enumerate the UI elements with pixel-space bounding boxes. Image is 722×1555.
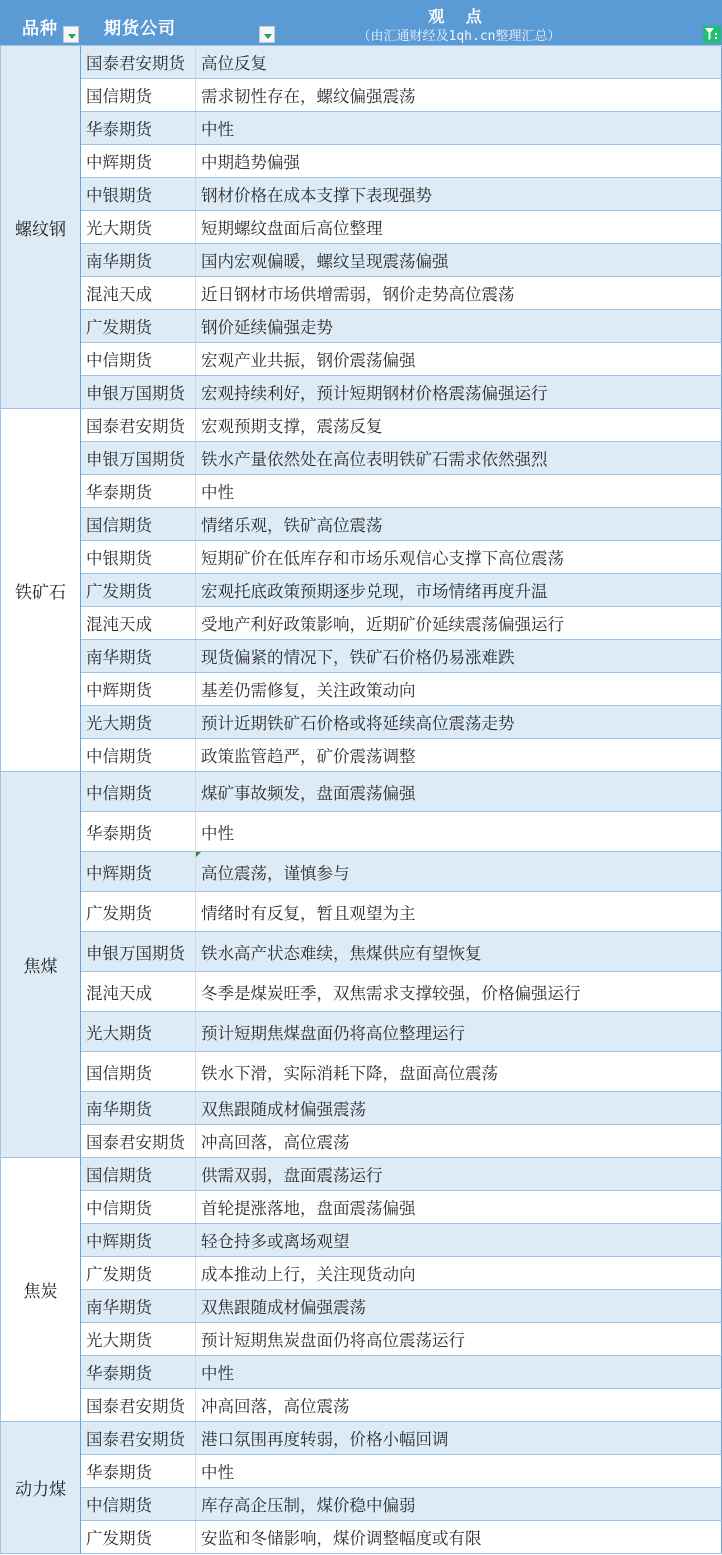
section-3: 焦炭国信期货供需双弱，盘面震荡运行中信期货首轮提涨落地，盘面震荡偏强中辉期货轻仓… [0, 1158, 722, 1422]
view-text: 宏观预期支撑，震荡反复 [201, 413, 383, 437]
header-view-title: 观 点 [196, 4, 722, 27]
table-row: 广发期货钢价延续偏强走势 [81, 310, 722, 343]
view-text: 需求韧性存在，螺纹偏强震荡 [201, 83, 416, 107]
table-row: 国信期货供需双弱，盘面震荡运行 [81, 1158, 722, 1191]
table-row: 华泰期货中性 [81, 812, 722, 852]
company-cell[interactable]: 中信期货 [81, 343, 196, 375]
view-cell[interactable]: 煤矿事故频发，盘面震荡偏强 [196, 772, 722, 811]
table-row: 中辉期货轻仓持多或离场观望 [81, 1224, 722, 1257]
company-cell[interactable]: 国信期货 [81, 1158, 196, 1190]
company-cell[interactable]: 申银万国期货 [81, 442, 196, 474]
section-rows: 中信期货煤矿事故频发，盘面震荡偏强华泰期货中性中辉期货高位震荡，谨慎参与广发期货… [81, 772, 722, 1158]
table-row: 中辉期货基差仍需修复，关注政策动向 [81, 673, 722, 706]
view-cell[interactable]: 钢价延续偏强走势 [196, 310, 722, 342]
view-text: 钢材价格在成本支撑下表现强势 [201, 182, 432, 206]
header-category-label: 品种 [22, 14, 58, 39]
table-row: 中信期货宏观产业共振，钢价震荡偏强 [81, 343, 722, 376]
company-cell[interactable]: 广发期货 [81, 1521, 196, 1553]
view-cell[interactable]: 高位震荡，谨慎参与 [196, 852, 722, 891]
company-cell[interactable]: 中辉期货 [81, 673, 196, 705]
filter-active-icon[interactable] [703, 26, 721, 43]
company-cell[interactable]: 国泰君安期货 [81, 409, 196, 441]
view-text: 近日钢材市场供增需弱，钢价走势高位震荡 [201, 281, 515, 305]
section-2: 焦煤中信期货煤矿事故频发，盘面震荡偏强华泰期货中性中辉期货高位震荡，谨慎参与广发… [0, 772, 722, 1158]
company-cell[interactable]: 中信期货 [81, 772, 196, 811]
view-text: 宏观持续利好，预计短期钢材价格震荡偏强运行 [201, 380, 548, 404]
section-rows: 国泰君安期货港口氛围再度转弱，价格小幅回调华泰期货中性中信期货库存高企压制，煤价… [81, 1422, 722, 1554]
view-text: 冬季是煤炭旺季，双焦需求支撑较强，价格偏强运行 [201, 980, 581, 1004]
view-cell[interactable]: 受地产利好政策影响，近期矿价延续震荡偏强运行 [196, 607, 722, 639]
company-cell[interactable]: 混沌天成 [81, 972, 196, 1011]
view-cell[interactable]: 冲高回落，高位震荡 [196, 1125, 722, 1157]
company-cell[interactable]: 光大期货 [81, 1323, 196, 1355]
table-row: 华泰期货中性 [81, 1455, 722, 1488]
view-cell[interactable]: 近日钢材市场供增需弱，钢价走势高位震荡 [196, 277, 722, 309]
view-text: 铁水高产状态难续，焦煤供应有望恢复 [201, 940, 482, 964]
view-text: 预计短期焦炭盘面仍将高位震荡运行 [201, 1327, 465, 1351]
view-text: 中性 [201, 116, 234, 140]
view-text: 国内宏观偏暖，螺纹呈现震荡偏强 [201, 248, 449, 272]
view-text: 煤矿事故频发，盘面震荡偏强 [201, 780, 416, 804]
table-row: 国信期货情绪乐观，铁矿高位震荡 [81, 508, 722, 541]
category-filter-dropdown-icon[interactable] [63, 26, 79, 43]
view-cell[interactable]: 短期螺纹盘面后高位整理 [196, 211, 722, 243]
company-cell[interactable]: 混沌天成 [81, 607, 196, 639]
header-company-cell: 期货公司 [81, 0, 196, 46]
table-row: 申银万国期货铁水高产状态难续，焦煤供应有望恢复 [81, 932, 722, 972]
table-row: 混沌天成冬季是煤炭旺季，双焦需求支撑较强，价格偏强运行 [81, 972, 722, 1012]
view-cell[interactable]: 钢材价格在成本支撑下表现强势 [196, 178, 722, 210]
table-row: 广发期货成本推动上行，关注现货动向 [81, 1257, 722, 1290]
category-cell[interactable]: 铁矿石 [0, 409, 81, 772]
view-cell[interactable]: 预计短期焦煤盘面仍将高位整理运行 [196, 1012, 722, 1051]
view-text: 首轮提涨落地，盘面震荡偏强 [201, 1195, 416, 1219]
view-cell[interactable]: 双焦跟随成材偏强震荡 [196, 1290, 722, 1322]
table-row: 光大期货短期螺纹盘面后高位整理 [81, 211, 722, 244]
category-cell[interactable]: 焦煤 [0, 772, 81, 1158]
table-row: 国泰君安期货冲高回落，高位震荡 [81, 1389, 722, 1422]
table-header: 品种 期货公司 观 点 （由汇通财经及1qh.cn整理汇总） [0, 0, 722, 46]
view-cell[interactable]: 中性 [196, 812, 722, 851]
view-cell[interactable]: 宏观产业共振，钢价震荡偏强 [196, 343, 722, 375]
view-text: 政策监管趋严，矿价震荡调整 [201, 743, 416, 767]
table-row: 光大期货预计短期焦煤盘面仍将高位整理运行 [81, 1012, 722, 1052]
company-cell[interactable]: 中信期货 [81, 739, 196, 771]
view-text: 双焦跟随成材偏强震荡 [201, 1096, 366, 1120]
category-cell[interactable]: 螺纹钢 [0, 46, 81, 409]
view-cell[interactable]: 轻仓持多或离场观望 [196, 1224, 722, 1256]
view-text: 中性 [201, 479, 234, 503]
view-text: 宏观产业共振，钢价震荡偏强 [201, 347, 416, 371]
view-cell[interactable]: 情绪时有反复，暂且观望为主 [196, 892, 722, 931]
table-row: 南华期货双焦跟随成材偏强震荡 [81, 1290, 722, 1323]
company-cell[interactable]: 中银期货 [81, 541, 196, 573]
view-cell[interactable]: 成本推动上行，关注现货动向 [196, 1257, 722, 1289]
company-cell[interactable]: 华泰期货 [81, 475, 196, 507]
view-cell[interactable]: 冬季是煤炭旺季，双焦需求支撑较强，价格偏强运行 [196, 972, 722, 1011]
table-row: 华泰期货中性 [81, 475, 722, 508]
company-cell[interactable]: 华泰期货 [81, 1356, 196, 1388]
table-row: 华泰期货中性 [81, 112, 722, 145]
company-cell[interactable]: 国泰君安期货 [81, 46, 196, 78]
view-text: 供需双弱，盘面震荡运行 [201, 1162, 383, 1186]
table-row: 中信期货首轮提涨落地，盘面震荡偏强 [81, 1191, 722, 1224]
company-cell[interactable]: 广发期货 [81, 1257, 196, 1289]
view-cell[interactable]: 宏观托底政策预期逐步兑现，市场情绪再度升温 [196, 574, 722, 606]
view-cell[interactable]: 安监和冬储影响，煤价调整幅度或有限 [196, 1521, 722, 1553]
view-cell[interactable]: 基差仍需修复，关注政策动向 [196, 673, 722, 705]
company-cell[interactable]: 国泰君安期货 [81, 1389, 196, 1421]
view-text: 钢价延续偏强走势 [201, 314, 333, 338]
view-text: 成本推动上行，关注现货动向 [201, 1261, 416, 1285]
view-cell[interactable]: 中性 [196, 475, 722, 507]
view-cell[interactable]: 中期趋势偏强 [196, 145, 722, 177]
view-cell[interactable]: 铁水下滑，实际消耗下降，盘面高位震荡 [196, 1052, 722, 1091]
view-text: 基差仍需修复，关注政策动向 [201, 677, 416, 701]
company-cell[interactable]: 南华期货 [81, 1290, 196, 1322]
section-rows: 国信期货供需双弱，盘面震荡运行中信期货首轮提涨落地，盘面震荡偏强中辉期货轻仓持多… [81, 1158, 722, 1422]
view-text: 现货偏紧的情况下，铁矿石价格仍易涨难跌 [201, 644, 515, 668]
company-cell[interactable]: 中辉期货 [81, 852, 196, 891]
view-text: 铁水下滑，实际消耗下降，盘面高位震荡 [201, 1060, 498, 1084]
section-0: 螺纹钢国泰君安期货高位反复国信期货需求韧性存在，螺纹偏强震荡华泰期货中性中辉期货… [0, 46, 722, 409]
view-text: 铁水产量依然处在高位表明铁矿石需求依然强烈 [201, 446, 548, 470]
view-cell[interactable]: 短期矿价在低库存和市场乐观信心支撑下高位震荡 [196, 541, 722, 573]
view-cell[interactable]: 宏观预期支撑，震荡反复 [196, 409, 722, 441]
view-text: 短期螺纹盘面后高位整理 [201, 215, 383, 239]
view-cell[interactable]: 铁水产量依然处在高位表明铁矿石需求依然强烈 [196, 442, 722, 474]
company-cell[interactable]: 华泰期货 [81, 812, 196, 851]
table-row: 国泰君安期货港口氛围再度转弱，价格小幅回调 [81, 1422, 722, 1455]
view-text: 冲高回落，高位震荡 [201, 1129, 350, 1153]
section-rows: 国泰君安期货高位反复国信期货需求韧性存在，螺纹偏强震荡华泰期货中性中辉期货中期趋… [81, 46, 722, 409]
header-company-label: 期货公司 [104, 14, 176, 39]
company-cell[interactable]: 中信期货 [81, 1191, 196, 1223]
company-cell[interactable]: 混沌天成 [81, 277, 196, 309]
view-text: 中期趋势偏强 [201, 149, 300, 173]
view-cell[interactable]: 中性 [196, 1455, 722, 1487]
company-cell[interactable]: 中辉期货 [81, 145, 196, 177]
view-text: 短期矿价在低库存和市场乐观信心支撑下高位震荡 [201, 545, 564, 569]
view-cell[interactable]: 情绪乐观，铁矿高位震荡 [196, 508, 722, 540]
table-row: 南华期货现货偏紧的情况下，铁矿石价格仍易涨难跌 [81, 640, 722, 673]
view-text: 冲高回落，高位震荡 [201, 1393, 350, 1417]
view-cell[interactable]: 预计近期铁矿石价格或将延续高位震荡走势 [196, 706, 722, 738]
view-text: 库存高企压制，煤价稳中偏弱 [201, 1492, 416, 1516]
company-cell[interactable]: 国泰君安期货 [81, 1422, 196, 1454]
company-cell[interactable]: 光大期货 [81, 706, 196, 738]
company-cell[interactable]: 国泰君安期货 [81, 1125, 196, 1157]
view-text: 轻仓持多或离场观望 [201, 1228, 350, 1252]
table-row: 广发期货宏观托底政策预期逐步兑现，市场情绪再度升温 [81, 574, 722, 607]
table-row: 申银万国期货宏观持续利好，预计短期钢材价格震荡偏强运行 [81, 376, 722, 409]
view-cell[interactable]: 冲高回落，高位震荡 [196, 1389, 722, 1421]
company-cell[interactable]: 华泰期货 [81, 1455, 196, 1487]
table-row: 混沌天成受地产利好政策影响，近期矿价延续震荡偏强运行 [81, 607, 722, 640]
company-cell[interactable]: 南华期货 [81, 244, 196, 276]
table-row: 混沌天成近日钢材市场供增需弱，钢价走势高位震荡 [81, 277, 722, 310]
view-text: 情绪时有反复，暂且观望为主 [201, 900, 416, 924]
table-row: 国泰君安期货宏观预期支撑，震荡反复 [81, 409, 722, 442]
view-cell[interactable]: 供需双弱，盘面震荡运行 [196, 1158, 722, 1190]
company-cell[interactable]: 中辉期货 [81, 1224, 196, 1256]
view-cell[interactable]: 预计短期焦炭盘面仍将高位震荡运行 [196, 1323, 722, 1355]
view-cell[interactable]: 中性 [196, 112, 722, 144]
view-cell[interactable]: 港口氛围再度转弱，价格小幅回调 [196, 1422, 722, 1454]
view-cell[interactable]: 现货偏紧的情况下，铁矿石价格仍易涨难跌 [196, 640, 722, 672]
company-cell[interactable]: 广发期货 [81, 892, 196, 931]
table-row: 中信期货政策监管趋严，矿价震荡调整 [81, 739, 722, 772]
table-row: 国信期货铁水下滑，实际消耗下降，盘面高位震荡 [81, 1052, 722, 1092]
view-text: 预计短期焦煤盘面仍将高位整理运行 [201, 1020, 465, 1044]
header-view-subtitle: （由汇通财经及1qh.cn整理汇总） [196, 25, 722, 44]
view-cell[interactable]: 中性 [196, 1356, 722, 1388]
table-row: 中信期货库存高企压制，煤价稳中偏弱 [81, 1488, 722, 1521]
view-text: 安监和冬储影响，煤价调整幅度或有限 [201, 1525, 482, 1549]
view-cell[interactable]: 首轮提涨落地，盘面震荡偏强 [196, 1191, 722, 1223]
table-row: 中信期货煤矿事故频发，盘面震荡偏强 [81, 772, 722, 812]
view-cell[interactable]: 需求韧性存在，螺纹偏强震荡 [196, 79, 722, 111]
table-row: 国信期货需求韧性存在，螺纹偏强震荡 [81, 79, 722, 112]
view-text: 预计近期铁矿石价格或将延续高位震荡走势 [201, 710, 515, 734]
view-cell[interactable]: 政策监管趋严，矿价震荡调整 [196, 739, 722, 771]
view-text: 高位震荡，谨慎参与 [201, 860, 350, 884]
category-cell[interactable]: 焦炭 [0, 1158, 81, 1422]
view-text: 高位反复 [201, 50, 267, 74]
view-text: 港口氛围再度转弱，价格小幅回调 [201, 1426, 449, 1450]
header-view-cell: 观 点 （由汇通财经及1qh.cn整理汇总） [196, 0, 722, 46]
company-cell[interactable]: 南华期货 [81, 1092, 196, 1124]
section-1: 铁矿石国泰君安期货宏观预期支撑，震荡反复申银万国期货铁水产量依然处在高位表明铁矿… [0, 409, 722, 772]
comment-indicator-icon[interactable] [196, 852, 201, 857]
table-row: 中辉期货高位震荡，谨慎参与 [81, 852, 722, 892]
company-cell[interactable]: 申银万国期货 [81, 932, 196, 971]
company-cell[interactable]: 国信期货 [81, 1052, 196, 1091]
table-row: 光大期货预计短期焦炭盘面仍将高位震荡运行 [81, 1323, 722, 1356]
view-text: 宏观托底政策预期逐步兑现，市场情绪再度升温 [201, 578, 548, 602]
header-category-cell: 品种 [0, 0, 81, 46]
company-cell[interactable]: 国信期货 [81, 79, 196, 111]
company-cell[interactable]: 光大期货 [81, 1012, 196, 1051]
table-row: 国泰君安期货冲高回落，高位震荡 [81, 1125, 722, 1158]
view-text: 受地产利好政策影响，近期矿价延续震荡偏强运行 [201, 611, 564, 635]
table-row: 中辉期货中期趋势偏强 [81, 145, 722, 178]
company-cell[interactable]: 广发期货 [81, 574, 196, 606]
section-4: 动力煤国泰君安期货港口氛围再度转弱，价格小幅回调华泰期货中性中信期货库存高企压制… [0, 1422, 722, 1554]
table-row: 光大期货预计近期铁矿石价格或将延续高位震荡走势 [81, 706, 722, 739]
company-cell[interactable]: 中银期货 [81, 178, 196, 210]
view-cell[interactable]: 库存高企压制，煤价稳中偏弱 [196, 1488, 722, 1520]
company-cell[interactable]: 申银万国期货 [81, 376, 196, 408]
futures-opinion-sheet: 品种 期货公司 观 点 （由汇通财经及1qh.cn整理汇总） 螺纹钢国泰君安期货… [0, 0, 722, 1554]
table-row: 广发期货情绪时有反复，暂且观望为主 [81, 892, 722, 932]
section-rows: 国泰君安期货宏观预期支撑，震荡反复申银万国期货铁水产量依然处在高位表明铁矿石需求… [81, 409, 722, 772]
table-row: 南华期货双焦跟随成材偏强震荡 [81, 1092, 722, 1125]
company-cell[interactable]: 中信期货 [81, 1488, 196, 1520]
view-text: 中性 [201, 1459, 234, 1483]
company-cell[interactable]: 国信期货 [81, 508, 196, 540]
table-row: 申银万国期货铁水产量依然处在高位表明铁矿石需求依然强烈 [81, 442, 722, 475]
view-text: 中性 [201, 1360, 234, 1384]
view-cell[interactable]: 高位反复 [196, 46, 722, 78]
view-cell[interactable]: 双焦跟随成材偏强震荡 [196, 1092, 722, 1124]
view-cell[interactable]: 国内宏观偏暖，螺纹呈现震荡偏强 [196, 244, 722, 276]
table-row: 南华期货国内宏观偏暖，螺纹呈现震荡偏强 [81, 244, 722, 277]
table-row: 中银期货钢材价格在成本支撑下表现强势 [81, 178, 722, 211]
table-row: 国泰君安期货高位反复 [81, 46, 722, 79]
company-cell[interactable]: 广发期货 [81, 310, 196, 342]
company-cell[interactable]: 华泰期货 [81, 112, 196, 144]
view-cell[interactable]: 铁水高产状态难续，焦煤供应有望恢复 [196, 932, 722, 971]
company-cell[interactable]: 南华期货 [81, 640, 196, 672]
table-row: 华泰期货中性 [81, 1356, 722, 1389]
view-text: 情绪乐观，铁矿高位震荡 [201, 512, 383, 536]
view-text: 双焦跟随成材偏强震荡 [201, 1294, 366, 1318]
view-text: 中性 [201, 820, 234, 844]
table-row: 中银期货短期矿价在低库存和市场乐观信心支撑下高位震荡 [81, 541, 722, 574]
table-body: 螺纹钢国泰君安期货高位反复国信期货需求韧性存在，螺纹偏强震荡华泰期货中性中辉期货… [0, 46, 722, 1554]
category-cell[interactable]: 动力煤 [0, 1422, 81, 1554]
table-row: 广发期货安监和冬储影响，煤价调整幅度或有限 [81, 1521, 722, 1554]
company-cell[interactable]: 光大期货 [81, 211, 196, 243]
view-cell[interactable]: 宏观持续利好，预计短期钢材价格震荡偏强运行 [196, 376, 722, 408]
